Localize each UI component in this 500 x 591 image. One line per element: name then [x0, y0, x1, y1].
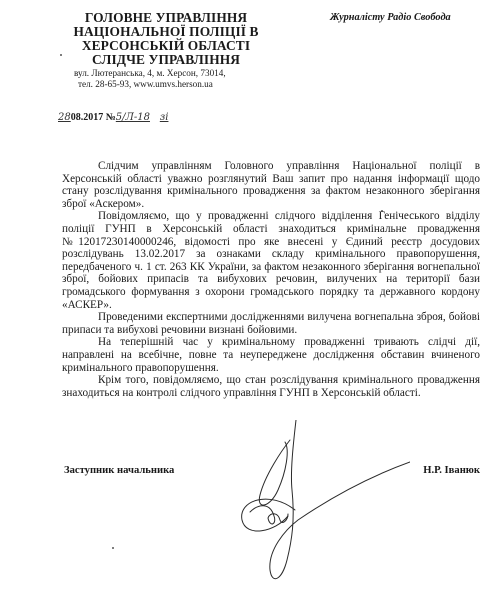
scan-speck — [381, 210, 383, 212]
letterhead: ГОЛОВНЕ УПРАВЛІННЯ НАЦІОНАЛЬНОЇ ПОЛІЦІЇ … — [66, 11, 266, 90]
org-name-line-2: НАЦІОНАЛЬНОЇ ПОЛІЦІЇ В — [66, 25, 266, 39]
paragraph: Слідчим управлінням Головного управління… — [62, 160, 480, 210]
signatory-name: Н.Р. Іванюк — [423, 465, 480, 476]
scan-speck — [60, 54, 62, 56]
handwritten-day: 28 — [58, 112, 71, 123]
recipient: Журналісту Радіо Свобода — [330, 12, 451, 23]
number-sign: № — [106, 112, 116, 123]
org-address: вул. Лютеранська, 4, м. Херсон, 73014, — [66, 68, 266, 79]
org-name-line-3: ХЕРСОНСЬКІЙ ОБЛАСТІ — [66, 39, 266, 53]
paragraph: Крім того, повідомляємо, що стан розслід… — [62, 374, 480, 399]
printed-date: 08.2017 — [71, 112, 104, 123]
scan-speck — [112, 547, 114, 549]
letter-body: Слідчим управлінням Головного управління… — [62, 160, 480, 399]
paragraph: На теперішній час у кримінальному провад… — [62, 336, 480, 374]
signatory-title: Заступник начальника — [64, 465, 174, 476]
paragraph: Проведеними експертними дослідженнями ви… — [62, 311, 480, 336]
org-contacts: тел. 28-65-93, www.umvs.herson.ua — [66, 79, 266, 90]
handwritten-number: 5/Л-18 — [116, 112, 160, 123]
outgoing-reference: 2808.2017 №5/Л-18зі — [58, 112, 168, 123]
org-name-line-1: ГОЛОВНЕ УПРАВЛІННЯ — [66, 11, 266, 25]
handwritten-signature-icon — [230, 420, 410, 585]
org-name-line-4: СЛІДЧЕ УПРАВЛІННЯ — [66, 53, 266, 67]
handwritten-number-suffix: зі — [160, 112, 169, 123]
paragraph: Повідомляємо, що у провадженні слідчого … — [62, 210, 480, 311]
